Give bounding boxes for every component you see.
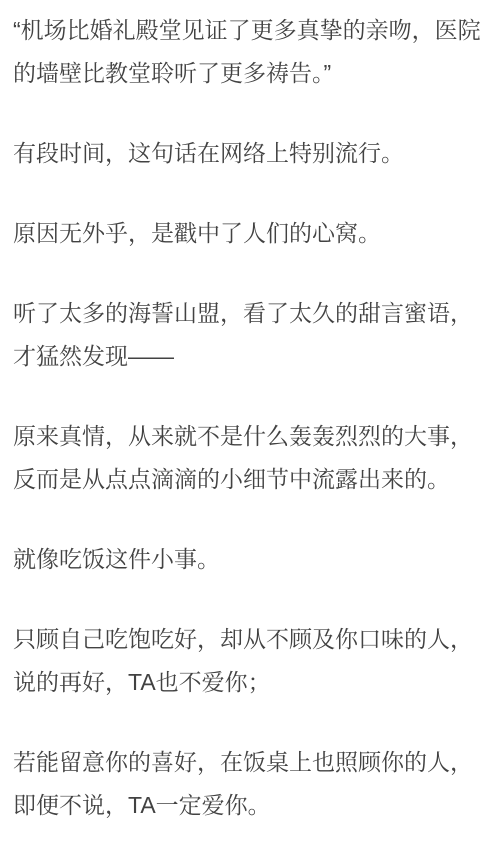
article-paragraph: 只顾自己吃饱吃好，却从不顾及你口味的人，说的再好，TA也不爱你； [13,618,486,704]
article-body: “机场比婚礼殿堂见证了更多真挚的亲吻，医院的墙壁比教堂聆听了更多祷告。” 有段时… [0,0,499,847]
article-paragraph: 听了太多的海誓山盟，看了太久的甜言蜜语，才猛然发现—— [13,292,486,378]
article-paragraph: 原来真情，从来就不是什么轰轰烈烈的大事，反而是从点点滴滴的小细节中流露出来的。 [13,415,486,501]
article-paragraph: 原因无外乎，是戳中了人们的心窝。 [13,212,486,255]
article-paragraph: 若能留意你的喜好，在饭桌上也照顾你的人，即便不说，TA一定爱你。 [13,741,486,827]
article-paragraph: 就像吃饭这件小事。 [13,538,486,581]
article-paragraph-quote: “机场比婚礼殿堂见证了更多真挚的亲吻，医院的墙壁比教堂聆听了更多祷告。” [13,9,486,95]
article-paragraph: 有段时间，这句话在网络上特别流行。 [13,132,486,175]
